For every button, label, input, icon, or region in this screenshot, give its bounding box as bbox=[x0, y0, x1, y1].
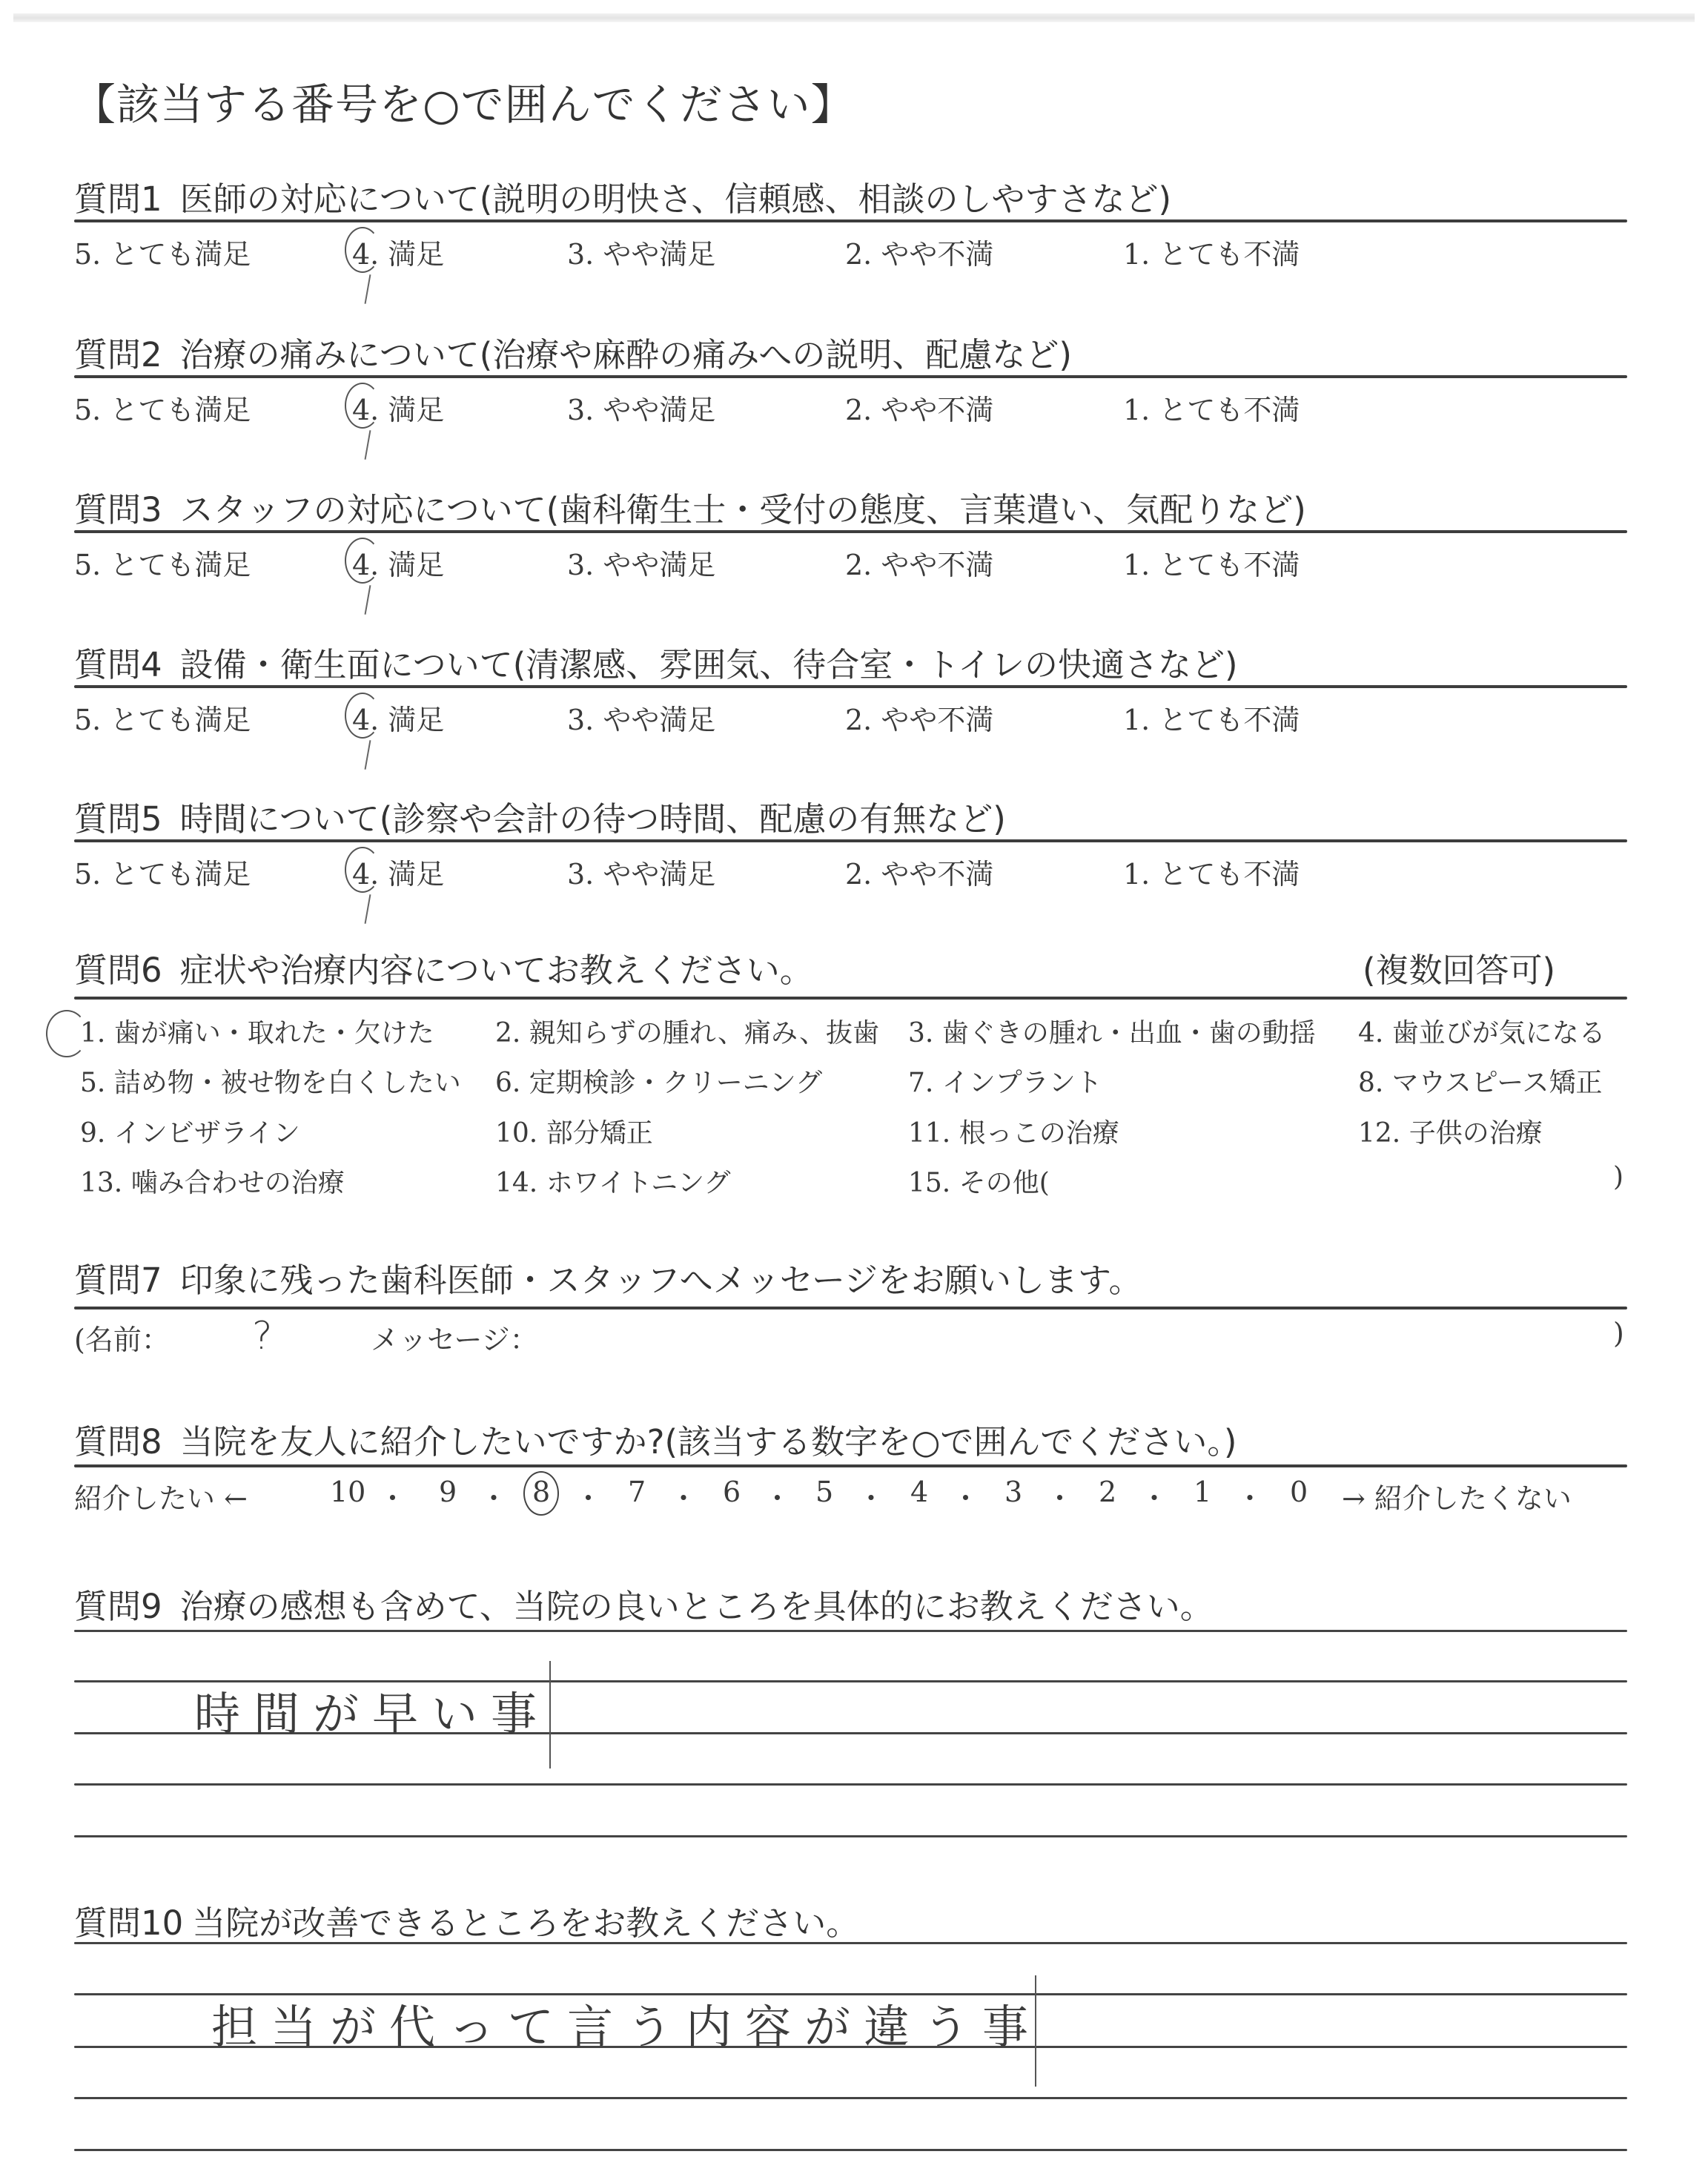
option-label: 3. やや満足 bbox=[567, 704, 715, 736]
q10-heading: 質問10当院が改善できるところをお教えください。 bbox=[74, 1896, 859, 1944]
option-label: 2. やや不満 bbox=[845, 394, 993, 426]
option-label: 1. とても不満 bbox=[1123, 549, 1300, 581]
q7-text: 印象に残った歯科医師・スタッフへメッセージをお願いします。 bbox=[180, 1261, 1142, 1300]
q6-label: 質問6 bbox=[74, 951, 162, 990]
option-label: 4. 満足 bbox=[352, 851, 444, 892]
q6-option-4[interactable]: 4. 歯並びが気になる bbox=[1358, 1012, 1606, 1050]
q6-option-9[interactable]: 9. インビザライン bbox=[80, 1112, 300, 1150]
q2-option-4[interactable]: 4. 満足 bbox=[352, 387, 444, 428]
q8-separator: ・ bbox=[1236, 1476, 1264, 1516]
q3-text: スタッフの対応について(歯科衛生士・受付の態度、言葉遣い、気配りなど) bbox=[180, 490, 1306, 529]
q2-heading: 質問2治療の痛みについて(治療や麻酔の痛みへの説明、配慮など) bbox=[74, 328, 1072, 376]
q4-option-2[interactable]: 2. やや不満 bbox=[845, 697, 993, 738]
q8-separator: ・ bbox=[857, 1476, 885, 1516]
option-label: 3. やや満足 bbox=[567, 549, 715, 581]
q8-left-label: 紹介したい ← bbox=[74, 1476, 248, 1516]
form-instruction: 【該当する番号を○で囲んでください】 bbox=[73, 70, 855, 132]
q8-scale-5[interactable]: 5 bbox=[815, 1476, 833, 1508]
q4-option-3[interactable]: 3. やや満足 bbox=[567, 697, 715, 738]
q1-option-5[interactable]: 5. とても満足 bbox=[74, 231, 251, 272]
option-label: 5. とても満足 bbox=[74, 549, 251, 581]
q6-option-3[interactable]: 3. 歯ぐきの腫れ・出血・歯の動揺 bbox=[908, 1012, 1316, 1050]
q5-label: 質問5 bbox=[74, 799, 162, 839]
q6-selection-circle bbox=[46, 1010, 87, 1057]
option-label: 4. 満足 bbox=[352, 231, 444, 272]
q6-option-14[interactable]: 14. ホワイトニング bbox=[495, 1162, 730, 1200]
q8-label: 質問8 bbox=[74, 1422, 162, 1462]
q8-separator: ・ bbox=[379, 1476, 407, 1516]
q5-option-3[interactable]: 3. やや満足 bbox=[567, 851, 715, 892]
q8-separator: ・ bbox=[952, 1476, 980, 1516]
q8-separator: ・ bbox=[575, 1476, 603, 1516]
option-label: 4. 満足 bbox=[352, 697, 444, 738]
q5-rule bbox=[74, 839, 1627, 842]
q9-heading: 質問9治療の感想も含めて、当院の良いところを具体的にお教えください。 bbox=[74, 1579, 1214, 1628]
q8-scale-1[interactable]: 1 bbox=[1194, 1476, 1211, 1508]
q9-line-5 bbox=[74, 1835, 1627, 1837]
q8-scale-6[interactable]: 6 bbox=[723, 1476, 741, 1508]
q8-separator: ・ bbox=[669, 1476, 698, 1516]
q8-scale-8[interactable]: 8 bbox=[532, 1476, 550, 1508]
q3-option-4[interactable]: 4. 満足 bbox=[352, 542, 444, 583]
q4-option-4[interactable]: 4. 満足 bbox=[352, 697, 444, 738]
q8-rule bbox=[74, 1464, 1627, 1467]
q6-option-11[interactable]: 11. 根っこの治療 bbox=[908, 1112, 1119, 1150]
q1-option-3[interactable]: 3. やや満足 bbox=[567, 231, 715, 272]
q4-rule bbox=[74, 685, 1627, 688]
q5-option-1[interactable]: 1. とても不満 bbox=[1123, 851, 1300, 892]
q6-text: 症状や治療内容についてお教えください。 bbox=[180, 951, 813, 990]
q6-other-close-paren: ) bbox=[1613, 1162, 1623, 1192]
q10-pen-stroke bbox=[1035, 1975, 1036, 2087]
q6-option-10[interactable]: 10. 部分矯正 bbox=[495, 1112, 653, 1150]
q4-option-1[interactable]: 1. とても不満 bbox=[1123, 697, 1300, 738]
q5-heading: 質問5時間について(診察や会計の待つ時間、配慮の有無など) bbox=[74, 792, 1006, 840]
q8-right-label: → 紹介したくない bbox=[1342, 1476, 1572, 1516]
pen-tail bbox=[365, 430, 371, 460]
q3-heading: 質問3スタッフの対応について(歯科衛生士・受付の態度、言葉遣い、気配りなど) bbox=[74, 483, 1306, 531]
q6-option-5[interactable]: 5. 詰め物・被せ物を白くしたい bbox=[80, 1062, 461, 1100]
q3-option-5[interactable]: 5. とても満足 bbox=[74, 542, 251, 583]
pen-tail bbox=[365, 894, 371, 924]
q10-line-1 bbox=[74, 1942, 1627, 1944]
q2-option-2[interactable]: 2. やや不満 bbox=[845, 387, 993, 428]
q4-option-5[interactable]: 5. とても満足 bbox=[74, 697, 251, 738]
q1-option-2[interactable]: 2. やや不満 bbox=[845, 231, 993, 272]
q3-label: 質問3 bbox=[74, 490, 162, 529]
q7-close-paren: ) bbox=[1613, 1317, 1624, 1350]
option-label: 4. 満足 bbox=[352, 387, 444, 428]
q7-label: 質問7 bbox=[74, 1261, 162, 1300]
q8-scale-7[interactable]: 7 bbox=[628, 1476, 646, 1508]
q2-rule bbox=[74, 375, 1627, 378]
option-label: 1. とても不満 bbox=[1123, 238, 1300, 271]
q4-heading: 質問4設備・衛生面について(清潔感、雰囲気、待合室・トイレの快適さなど) bbox=[74, 638, 1238, 686]
q8-heading: 質問8当院を友人に紹介したいですか?(該当する数字を○で囲んでください。) bbox=[74, 1415, 1237, 1463]
q7-message-label: メッセージ： bbox=[371, 1317, 538, 1358]
q5-option-5[interactable]: 5. とても満足 bbox=[74, 851, 251, 892]
option-label: 1. とても不満 bbox=[1123, 394, 1300, 426]
option-label: 5. とても満足 bbox=[74, 394, 251, 426]
q1-heading: 質問1医師の対応について(説明の明快さ、信頼感、相談のしやすさなど) bbox=[74, 172, 1171, 220]
option-label: 2. やや不満 bbox=[845, 549, 993, 581]
option-label: 5. とても満足 bbox=[74, 704, 251, 736]
q6-multiple-note: (複数回答可) bbox=[1363, 943, 1555, 991]
q9-line-4 bbox=[74, 1783, 1627, 1786]
q8-scale-9[interactable]: 9 bbox=[439, 1476, 457, 1508]
q4-text: 設備・衛生面について(清潔感、雰囲気、待合室・トイレの快適さなど) bbox=[180, 645, 1238, 684]
option-label: 5. とても満足 bbox=[74, 858, 251, 891]
q10-label: 質問10 bbox=[74, 1903, 183, 1943]
q6-option-6[interactable]: 6. 定期検診・クリーニング bbox=[495, 1062, 822, 1100]
q9-pen-stroke bbox=[549, 1661, 551, 1768]
option-label: 3. やや満足 bbox=[567, 858, 715, 891]
option-label: 1. とても不満 bbox=[1123, 704, 1300, 736]
q2-text: 治療の痛みについて(治療や麻酔の痛みへの説明、配慮など) bbox=[180, 335, 1072, 374]
option-label: 2. やや不満 bbox=[845, 858, 993, 891]
q8-separator: ・ bbox=[764, 1476, 792, 1516]
q8-separator: ・ bbox=[480, 1476, 508, 1516]
option-label: 2. やや不満 bbox=[845, 704, 993, 736]
q5-option-4[interactable]: 4. 満足 bbox=[352, 851, 444, 892]
q7-rule bbox=[74, 1307, 1627, 1309]
q1-option-4[interactable]: 4. 満足 bbox=[352, 231, 444, 272]
q1-option-1[interactable]: 1. とても不満 bbox=[1123, 231, 1300, 272]
q8-scale-0[interactable]: 0 bbox=[1290, 1476, 1308, 1508]
q6-option-8[interactable]: 8. マウスピース矯正 bbox=[1358, 1062, 1602, 1100]
q7-heading: 質問7印象に残った歯科医師・スタッフへメッセージをお願いします。 bbox=[74, 1253, 1142, 1301]
scan-edge bbox=[13, 13, 1695, 22]
option-label: 2. やや不満 bbox=[845, 238, 993, 271]
q8-text: 当院を友人に紹介したいですか?(該当する数字を○で囲んでください。) bbox=[180, 1422, 1237, 1462]
option-label: 1. とても不満 bbox=[1123, 858, 1300, 891]
q6-heading: 質問6症状や治療内容についてお教えください。 bbox=[74, 943, 813, 991]
q8-separator: ・ bbox=[1140, 1476, 1168, 1516]
option-label: 4. 満足 bbox=[352, 542, 444, 583]
q10-line-4 bbox=[74, 2097, 1627, 2099]
q10-line-5 bbox=[74, 2149, 1627, 2151]
q3-option-3[interactable]: 3. やや満足 bbox=[567, 542, 715, 583]
q8-scale-4[interactable]: 4 bbox=[910, 1476, 928, 1508]
pen-tail bbox=[365, 585, 371, 615]
q7-name-label: (名前： bbox=[74, 1317, 170, 1358]
option-label: 3. やや満足 bbox=[567, 238, 715, 271]
q6-option-1[interactable]: 1. 歯が痛い・取れた・欠けた bbox=[80, 1012, 434, 1050]
q2-option-5[interactable]: 5. とても満足 bbox=[74, 387, 251, 428]
q8-scale-10[interactable]: 10 bbox=[330, 1476, 365, 1508]
q4-label: 質問4 bbox=[74, 645, 162, 684]
q10-answer[interactable]: 担当が代って言う内容が違う事 bbox=[211, 1990, 1042, 2056]
q3-option-1[interactable]: 1. とても不満 bbox=[1123, 542, 1300, 583]
q2-option-1[interactable]: 1. とても不満 bbox=[1123, 387, 1300, 428]
q6-option-2[interactable]: 2. 親知らずの腫れ、痛み、抜歯 bbox=[495, 1012, 879, 1050]
q6-option-15[interactable]: 15. その他( bbox=[908, 1162, 1050, 1200]
q1-rule bbox=[74, 219, 1627, 222]
q5-option-2[interactable]: 2. やや不満 bbox=[845, 851, 993, 892]
q5-text: 時間について(診察や会計の待つ時間、配慮の有無など) bbox=[180, 799, 1006, 839]
q3-rule bbox=[74, 530, 1627, 533]
q8-scale-2[interactable]: 2 bbox=[1099, 1476, 1116, 1508]
q6-option-7[interactable]: 7. インプラント bbox=[908, 1062, 1102, 1100]
q9-answer[interactable]: 時間が早い事 bbox=[194, 1677, 550, 1743]
q9-line-1 bbox=[74, 1630, 1627, 1632]
pen-tail bbox=[365, 274, 371, 304]
q3-option-2[interactable]: 2. やや不満 bbox=[845, 542, 993, 583]
q6-rule bbox=[74, 997, 1627, 1000]
q1-text: 医師の対応について(説明の明快さ、信頼感、相談のしやすさなど) bbox=[180, 179, 1171, 219]
pen-tail bbox=[365, 740, 371, 770]
q2-label: 質問2 bbox=[74, 335, 162, 374]
option-label: 5. とても満足 bbox=[74, 238, 251, 271]
option-label: 3. やや満足 bbox=[567, 394, 715, 426]
q7-name-value[interactable]: ? bbox=[252, 1314, 273, 1358]
q1-label: 質問1 bbox=[74, 179, 162, 219]
q6-option-12[interactable]: 12. 子供の治療 bbox=[1358, 1112, 1543, 1150]
q8-separator: ・ bbox=[1046, 1476, 1074, 1516]
q8-scale-3[interactable]: 3 bbox=[1004, 1476, 1022, 1508]
q9-label: 質問9 bbox=[74, 1587, 162, 1626]
q9-text: 治療の感想も含めて、当院の良いところを具体的にお教えください。 bbox=[180, 1587, 1214, 1626]
q2-option-3[interactable]: 3. やや満足 bbox=[567, 387, 715, 428]
q10-text: 当院が改善できるところをお教えください。 bbox=[192, 1903, 859, 1943]
q6-option-13[interactable]: 13. 噛み合わせの治療 bbox=[80, 1162, 345, 1200]
